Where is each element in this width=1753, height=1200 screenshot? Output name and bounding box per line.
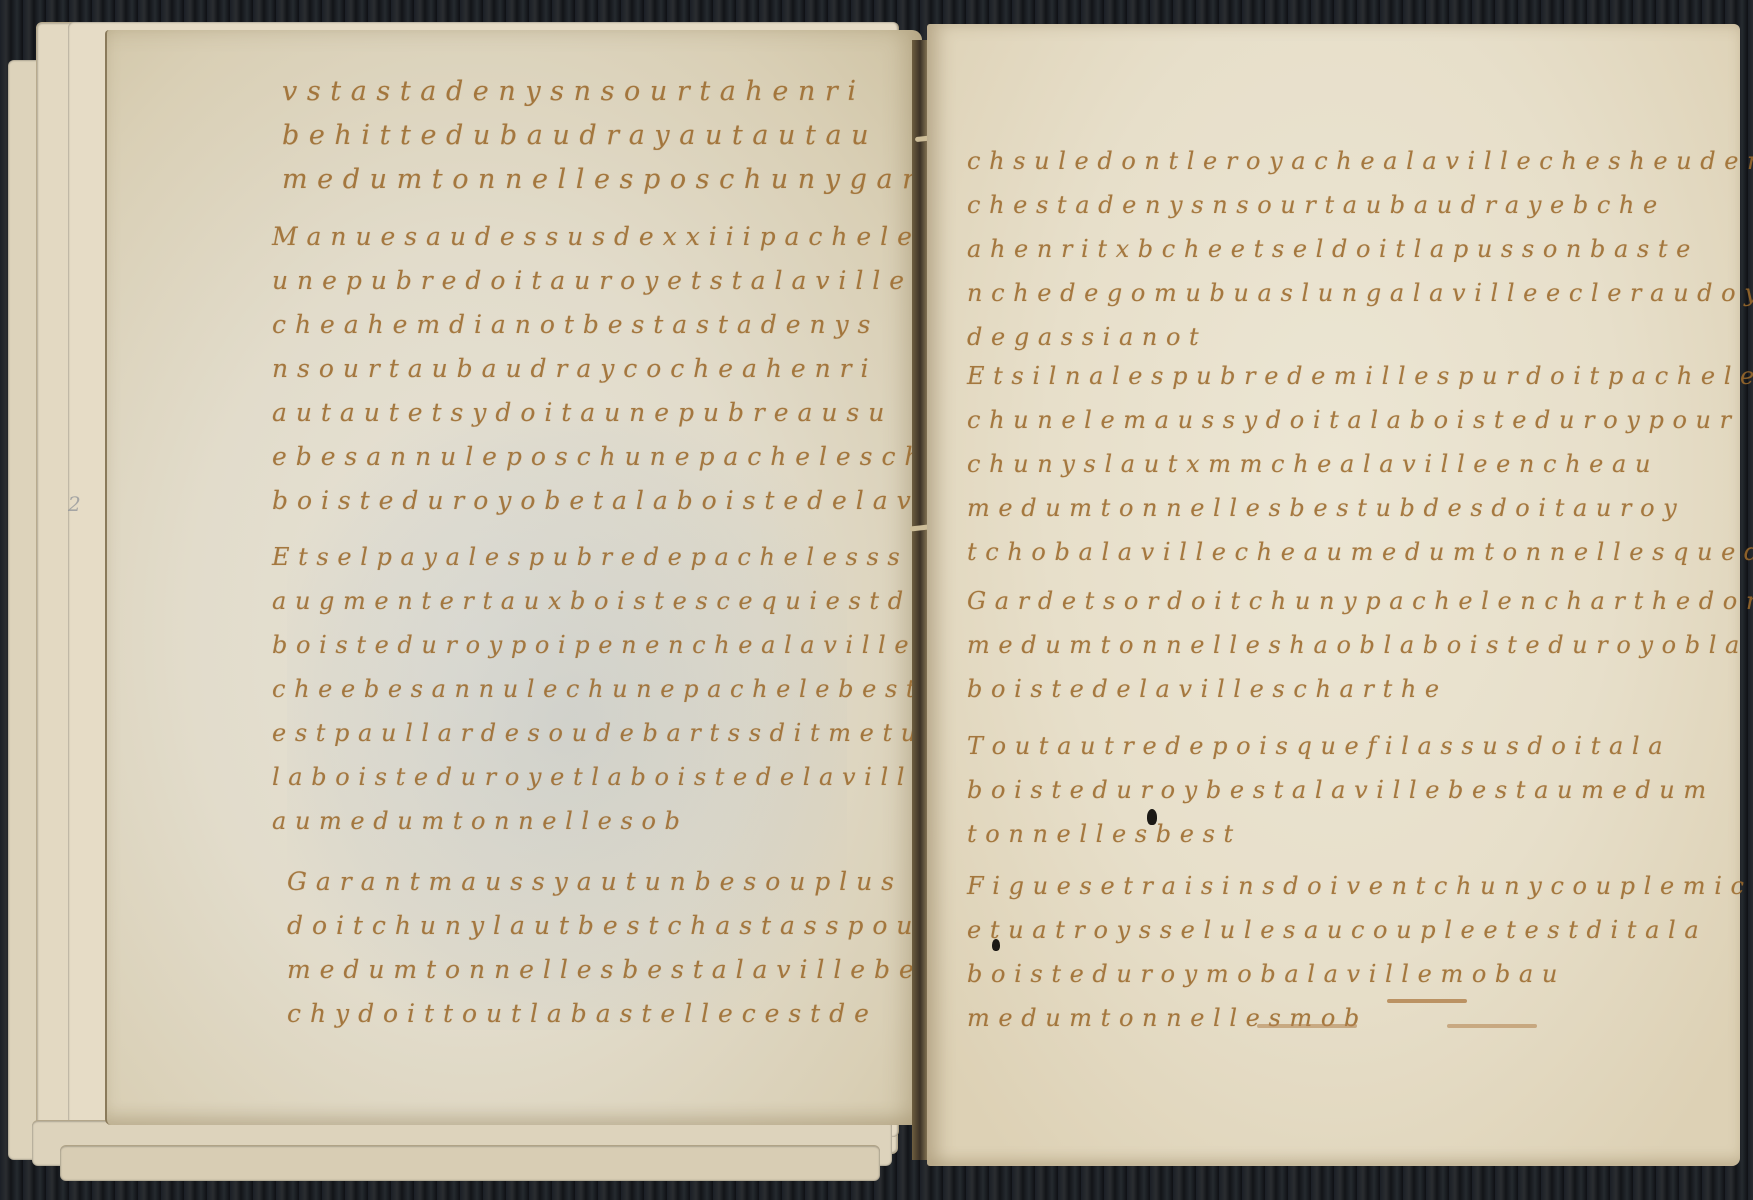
left-paragraph-3: E t s e l p a y a l e s p u b r e d e p … [272,535,1000,843]
text-line: E t s i l n a l e s p u b r e d e m i l … [967,354,1753,398]
right-paragraph-2: E t s i l n a l e s p u b r e d e m i l … [967,354,1753,574]
text-line: c h s u l e d o n t l e r o y a c h e a … [967,139,1753,183]
text-line: G a r d e t s o r d o i t c h u n y p a … [967,579,1753,623]
line-filler-stroke [1387,999,1467,1003]
text-line: c h e s t a d e n y s n s o u r t a u b … [967,183,1753,227]
left-page: v s t a s t a d e n y s n s o u r t a h … [105,30,922,1125]
paper-hole [992,939,1000,951]
margin-pencil-mark: 2 [68,492,81,516]
text-line: c h u n y s l a u t x m m c h e a l a v … [967,442,1753,486]
text-line: b o i s t e d u r o y p o i p e n e n c … [272,623,1000,667]
text-line: t c h o b a l a v i l l e c h e a u m e … [967,530,1753,574]
text-line: d o i t c h u n y l a u t b e s t c h a … [287,904,983,948]
text-line: b o i s t e d u r o y m o b a l a v i l … [967,952,1753,996]
text-line: b o i s t e d u r o y b e s t a l a v i … [967,768,1707,812]
text-line: m e d u m t o n n e l l e s b e s t u b … [967,486,1753,530]
right-paragraph-1: c h s u l e d o n t l e r o y a c h e a … [967,139,1753,359]
line-filler-stroke [1257,1024,1357,1028]
book-spine-gutter [912,40,928,1160]
text-line: d e g a s s i a n o t [967,315,1753,359]
right-paragraph-5: F i g u e s e t r a i s i n s d o i v e … [967,864,1753,1040]
text-line: a u m e d u m t o n n e l l e s o b [272,799,1000,843]
text-line: m e d u m t o n n e l l e s h a o b l a … [967,623,1753,667]
text-line: n c h e d e g o m u b u a s l u n g a l … [967,271,1753,315]
text-line: T o u t a u t r e d e p o i s q u e f i … [967,724,1707,768]
line-filler-stroke [1447,1024,1537,1028]
text-line: c h u n e l e m a u s s y d o i t a l a … [967,398,1753,442]
page-stack-bottom-edge [60,1145,880,1181]
text-line: e s t p a u l l a r d e s o u d e b a r … [272,711,1000,755]
text-line: a u g m e n t e r t a u x b o i s t e s … [272,579,1000,623]
text-line: F i g u e s e t r a i s i n s d o i v e … [967,864,1753,908]
text-line: m e d u m t o n n e l l e s m o b [967,996,1753,1040]
text-line: l a b o i s t e d u r o y e t l a b o i … [272,755,1000,799]
right-paragraph-4: T o u t a u t r e d e p o i s q u e f i … [967,724,1707,856]
text-line: G a r a n t m a u s s y a u t u n b e s … [287,860,983,904]
left-paragraph-4: G a r a n t m a u s s y a u t u n b e s … [287,860,983,1036]
text-line: m e d u m t o n n e l l e s b e s t a l … [287,948,983,992]
text-line: E t s e l p a y a l e s p u b r e d e p … [272,535,1000,579]
text-line: a h e n r i t x b c h e e t s e l d o i … [967,227,1753,271]
text-line: e t u a t r o y s s e l u l e s a u c o … [967,908,1753,952]
paper-hole [1147,809,1157,825]
right-page: c h s u l e d o n t l e r o y a c h e a … [927,24,1740,1166]
text-line: c h e e b e s a n n u l e c h u n e p a … [272,667,1000,711]
right-paragraph-3: G a r d e t s o r d o i t c h u n y p a … [967,579,1753,711]
text-line: b o i s t e d e l a v i l l e s c h a r … [967,667,1753,711]
text-line: c h y d o i t t o u t l a b a s t e l l … [287,992,983,1036]
text-line: t o n n e l l e s b e s t [967,812,1707,856]
